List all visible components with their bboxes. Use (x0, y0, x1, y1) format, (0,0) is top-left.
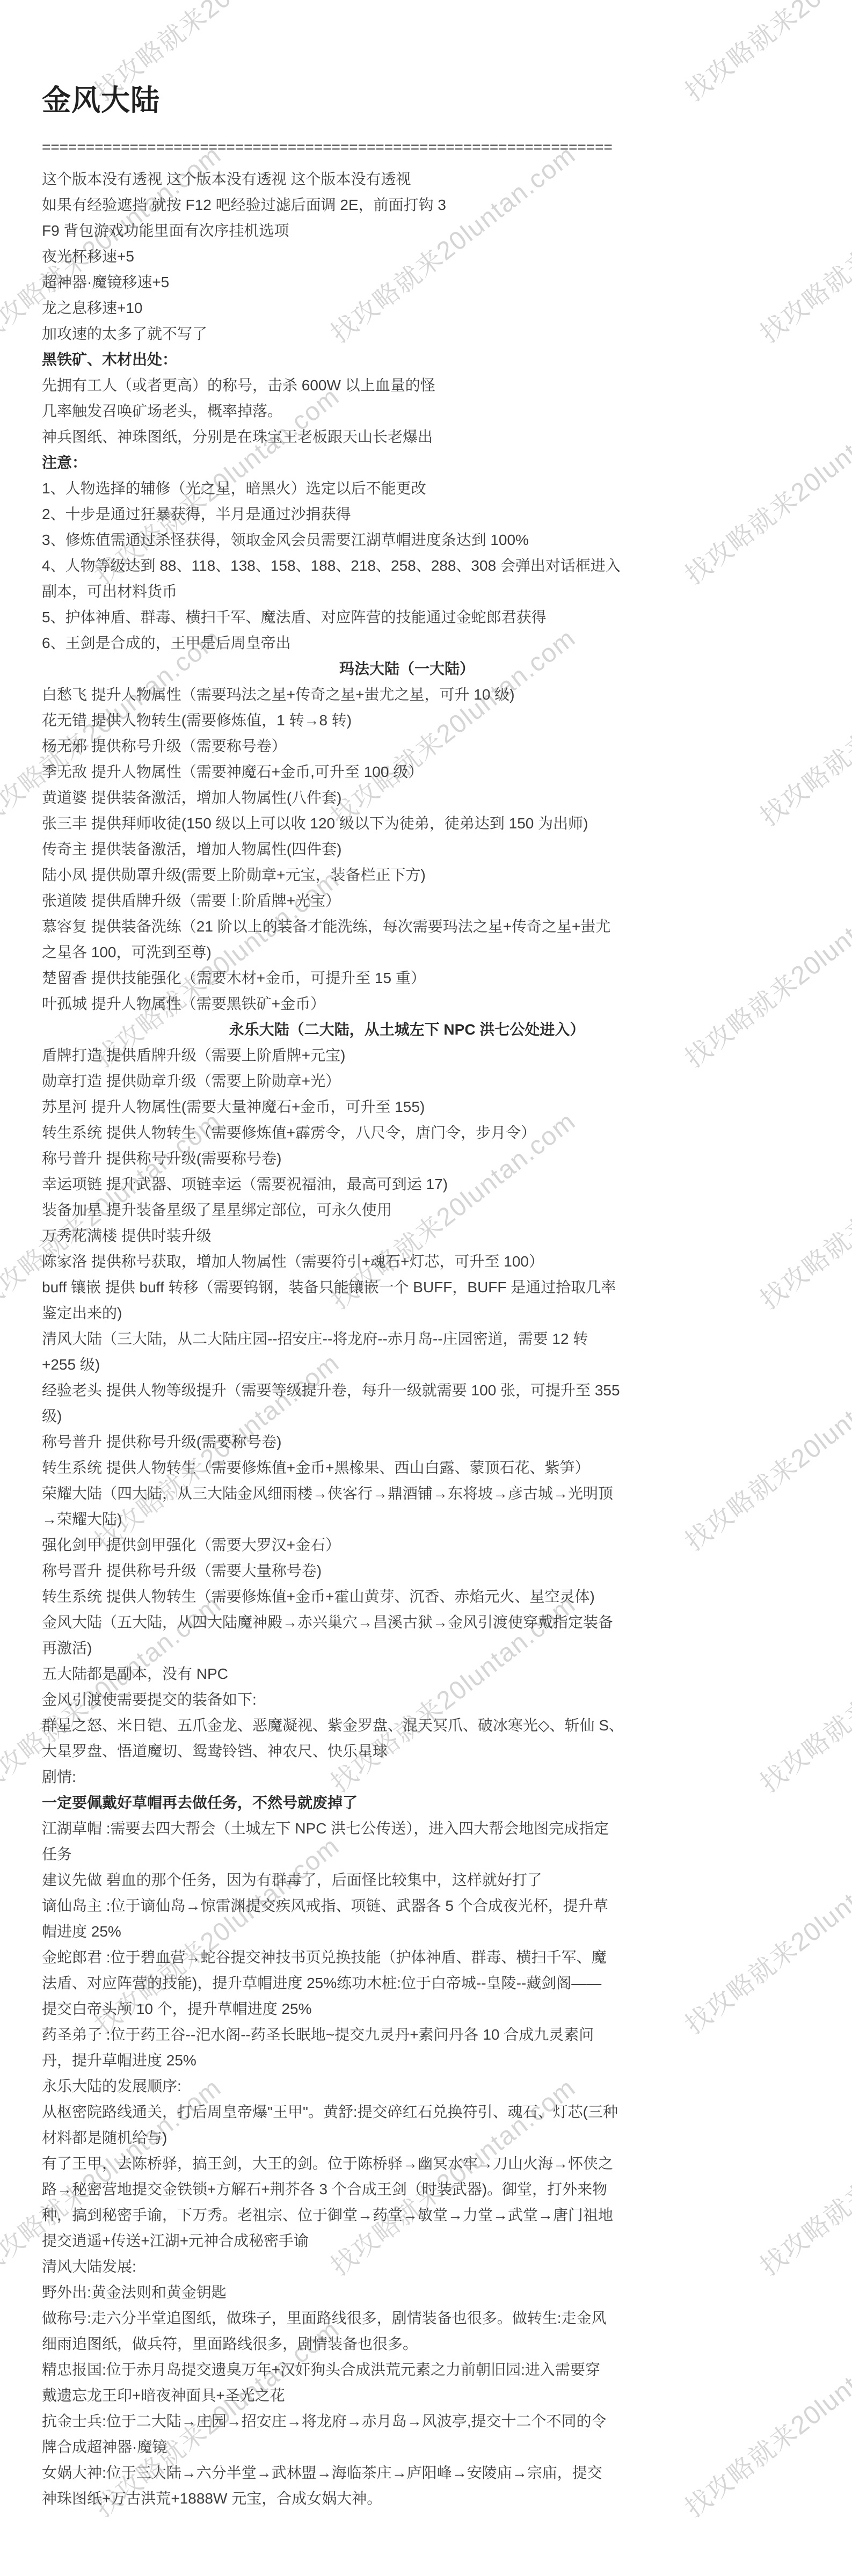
text-line: 张道陵 提供盾牌升级（需要上阶盾牌+光宝） (42, 888, 850, 914)
text-line: 再激活) (42, 1635, 850, 1661)
text-line: 谪仙岛主 :位于谪仙岛→惊雷渊提交疾风戒指、项链、武器各 5 个合成夜光杯，提升… (42, 1893, 850, 1919)
text-line: 剧情: (42, 1764, 850, 1790)
text-line: 副本，可出材料货币 (42, 579, 850, 605)
text-line: 精忠报国:位于赤月岛提交遗臭万年+汉奸狗头合成洪荒元素之力前朝旧园:进入需要穿 (42, 2357, 850, 2383)
text-line: 江湖草帽 :需要去四大帮会（土城左下 NPC 洪七公传送），进入四大帮会地图完成… (42, 1816, 850, 1842)
text-line: 5、护体神盾、群毒、横扫千军、魔法盾、对应阵营的技能通过金蛇郎君获得 (42, 605, 850, 630)
text-line: 永乐大陆的发展顺序: (42, 2073, 850, 2099)
text-line: 鉴定出来的) (42, 1300, 850, 1326)
text-line: +255 级) (42, 1352, 850, 1378)
text-line: 季无敌 提升人物属性（需要神魔石+金币,可升至 100 级） (42, 759, 850, 785)
text-line: 帽进度 25% (42, 1919, 850, 1945)
text-line: 戴遗忘龙王印+暗夜神面具+圣光之花 (42, 2383, 850, 2408)
text-line: 夜光杯移速+5 (42, 244, 850, 270)
text-line: 花无错 提供人物转生(需要修炼值，1 转→8 转) (42, 708, 850, 733)
text-line: 幸运项链 提升武器、项链幸运（需要祝福油，最高可到运 17) (42, 1171, 850, 1197)
text-line: 建议先做 碧血的那个任务，因为有群毒了，后面怪比较集中，这样就好打了 (42, 1867, 850, 1893)
text-line: 金风引渡使需要提交的装备如下: (42, 1687, 850, 1713)
text-line: 提交白帝头颅 10 个，提升草帽进度 25% (42, 1996, 850, 2022)
text-line: 称号普升 提供称号升级(需要称号卷) (42, 1429, 850, 1455)
text-line: 之星各 100，可洗到至尊) (42, 940, 850, 965)
text-line: 级) (42, 1403, 850, 1429)
document-page: 找攻略就来20luntan.com找攻略就来20luntan.com找攻略就来2… (0, 0, 852, 2576)
text-line: 牌合成超神器·魔镜 (42, 2434, 850, 2460)
text-line: buff 镶嵌 提供 buff 转移（需要钨钢，装备只能镶嵌一个 BUFF，BU… (42, 1275, 850, 1300)
text-line: 慕容复 提供装备洗练（21 阶以上的装备才能洗练，每次需要玛法之星+传奇之星+蚩… (42, 914, 850, 940)
text-line: 如果有经验遮挡 就按 F12 吧经验过滤后面调 2E，前面打钩 3 (42, 192, 850, 218)
page-title: 金风大陆 (42, 85, 850, 116)
text-line: 称号晋升 提供称号升级（需要大量称号卷) (42, 1558, 850, 1584)
text-line: 盾牌打造 提供盾牌升级（需要上阶盾牌+元宝) (42, 1043, 850, 1068)
text-line: 提交逍遥+传送+江湖+元神合成秘密手谕 (42, 2228, 850, 2254)
text-line: 陈家洛 提供称号获取，增加人物属性（需要符引+魂石+灯芯，可升至 100） (42, 1249, 850, 1275)
text-line: 杨无邪 提供称号升级（需要称号卷） (42, 733, 850, 759)
text-line: 4、人物等级达到 88、118、138、158、188、218、258、288、… (42, 553, 850, 579)
text-line: →荣耀大陆) (42, 1507, 850, 1532)
text-line: 先拥有工人（或者更高）的称号，击杀 600W 以上血量的怪 (42, 373, 850, 398)
text-line: 清风大陆发展: (42, 2254, 850, 2280)
text-line: 超神器·魔镜移速+5 (42, 270, 850, 295)
text-line: 从枢密院路线通关，打后周皇帝爆"王甲"。黄舒:提交碎红石兑换符引、魂石、灯芯(三… (42, 2099, 850, 2125)
text-line: 叶孤城 提升人物属性（需要黑铁矿+金币） (42, 991, 850, 1017)
text-line: 3、修炼值需通过杀怪获得，领取金风会员需要江湖草帽进度条达到 100% (42, 527, 850, 553)
text-line: 白愁飞 提升人物属性（需要玛法之星+传奇之星+蚩尤之星，可升 10 级) (42, 682, 850, 708)
text-line: 任务 (42, 1842, 850, 1867)
document-body: 这个版本没有透视 这个版本没有透视 这个版本没有透视如果有经验遮挡 就按 F12… (42, 166, 850, 2512)
text-line: 法盾、对应阵营的技能)，提升草帽进度 25%练功木桩:位于白帝城--皇陵--藏剑… (42, 1970, 850, 1996)
text-line: 6、王剑是合成的，王甲是后周皇帝出 (42, 630, 850, 656)
text-line: 黑铁矿、木材出处： (42, 347, 850, 373)
text-line: 称号普升 提供称号升级(需要称号卷) (42, 1146, 850, 1171)
text-line: 1、人物选择的辅修（光之星，暗黑火）选定以后不能更改 (42, 476, 850, 501)
text-line: 几率触发召唤矿场老头，概率掉落。 (42, 398, 850, 424)
text-line: 群星之怒、米日铠、五爪金龙、恶魔凝视、紫金罗盘、混天冥爪、破冰寒光◇、斩仙 S、 (42, 1713, 850, 1738)
text-line: 大星罗盘、悟道魔切、鸳鸯铃铛、神农尺、快乐星球 (42, 1738, 850, 1764)
text-line: 野外出:黄金法则和黄金钥匙 (42, 2280, 850, 2305)
text-line: 张三丰 提供拜师收徒(150 级以上可以收 120 级以下为徒弟，徒弟达到 15… (42, 811, 850, 836)
text-line: 神珠图纸+万古洪荒+1888W 元宝，合成女娲大神。 (42, 2486, 850, 2512)
text-line: 转生系统 提供人物转生（需要修炼值+金币+霍山黄芽、沉香、赤焰元火、星空灵体) (42, 1584, 850, 1610)
text-line: 女娲大神:位于三大陆→六分半堂→武林盟→海临茶庄→庐阳峰→安陵庙→宗庙，提交 (42, 2460, 850, 2486)
text-line: 一定要佩戴好草帽再去做任务，不然号就废掉了 (42, 1790, 850, 1816)
text-line: 丹，提升草帽进度 25% (42, 2048, 850, 2073)
text-line: 苏星河 提升人物属性(需要大量神魔石+金币，可升至 155) (42, 1094, 850, 1120)
text-line: 黄道婆 提供装备激活，增加人物属性(八件套) (42, 785, 850, 811)
text-line: 材料都是随机给与) (42, 2125, 850, 2151)
text-line: 种，搞到秘密手谕，下万秀。老祖宗、位于御堂→药堂→敏堂→力堂→武堂→唐门祖地 (42, 2202, 850, 2228)
text-line: 2、十步是通过狂暴获得，半月是通过沙捐获得 (42, 501, 850, 527)
text-line: 转生系统 提供人物转生（需要修炼值+霹雳令，八尺令，唐门令，步月令） (42, 1120, 850, 1146)
text-line: 金蛇郎君 :位于碧血营→蛇谷提交神技书页兑换技能（护体神盾、群毒、横扫千军、魔 (42, 1945, 850, 1970)
text-line: 传奇主 提供装备激活，增加人物属性(四件套) (42, 836, 850, 862)
text-line: 勋章打造 提供勋章升级（需要上阶勋章+光） (42, 1068, 850, 1094)
text-line: 抗金士兵:位于二大陆→庄园→招安庄→将龙府→赤月岛→风波亭,提交十二个不同的令 (42, 2408, 850, 2434)
text-line: 转生系统 提供人物转生（需要修炼值+金币+黑橡果、西山白露、蒙顶石花、紫笋） (42, 1455, 850, 1481)
text-line: 经验老头 提供人物等级提升（需要等级提升卷，每升一级就需要 100 张，可提升至… (42, 1378, 850, 1403)
text-line: 清风大陆（三大陆，从二大陆庄园--招安庄--将龙府--赤月岛--庄园密道，需要 … (42, 1326, 850, 1352)
text-line: 金风大陆（五大陆，从四大陆魔神殿→赤兴巢穴→昌溪古狱→金风引渡使穿戴指定装备 (42, 1610, 850, 1635)
text-line: F9 背包游戏功能里面有次序挂机选项 (42, 218, 850, 244)
divider-line: ========================================… (42, 134, 850, 160)
text-line: 龙之息移速+10 (42, 295, 850, 321)
text-line: 楚留香 提供技能强化（需要木材+金币，可提升至 15 重） (42, 965, 850, 991)
text-line: 装备加星 提升装备星级了星星绑定部位，可永久使用 (42, 1197, 850, 1223)
section-heading: 玛法大陆（一大陆） (42, 656, 772, 682)
text-line: 路→秘密营地提交金铁锁+方解石+荆芥各 3 个合成王剑（时装武器)。御堂，打外来… (42, 2177, 850, 2202)
text-line: 注意： (42, 450, 850, 476)
text-line: 荣耀大陆（四大陆，从三大陆金风细雨楼→侠客行→鼎酒铺→东将坡→彦古城→光明顶 (42, 1481, 850, 1507)
text-line: 强化剑甲 提供剑甲强化（需要大罗汉+金石） (42, 1532, 850, 1558)
text-line: 有了王甲，去陈桥驿，搞王剑，大王的剑。位于陈桥驿→幽冥水牢→刀山火海→怀侠之 (42, 2151, 850, 2177)
text-line: 这个版本没有透视 这个版本没有透视 这个版本没有透视 (42, 166, 850, 192)
section-heading: 永乐大陆（二大陆，从土城左下 NPC 洪七公处进入） (42, 1017, 772, 1043)
text-line: 神兵图纸、神珠图纸，分别是在珠宝王老板跟天山长老爆出 (42, 424, 850, 450)
text-line: 做称号:走六分半堂追图纸，做珠子，里面路线很多，剧情装备也很多。做转生:走金风 (42, 2305, 850, 2331)
text-line: 陆小凤 提供勋罩升级(需要上阶勋章+元宝，装备栏正下方) (42, 862, 850, 888)
text-line: 五大陆都是副本，没有 NPC (42, 1661, 850, 1687)
text-line: 药圣弟子 :位于药王谷--汜水阁--药圣长眠地~提交九灵丹+素问丹各 10 合成… (42, 2022, 850, 2048)
text-line: 万秀花满楼 提供时装升级 (42, 1223, 850, 1249)
text-line: 加攻速的太多了就不写了 (42, 321, 850, 347)
document-content: 金风大陆 ===================================… (0, 0, 850, 2512)
text-line: 细雨追图纸，做兵符，里面路线很多，剧情装备也很多。 (42, 2331, 850, 2357)
